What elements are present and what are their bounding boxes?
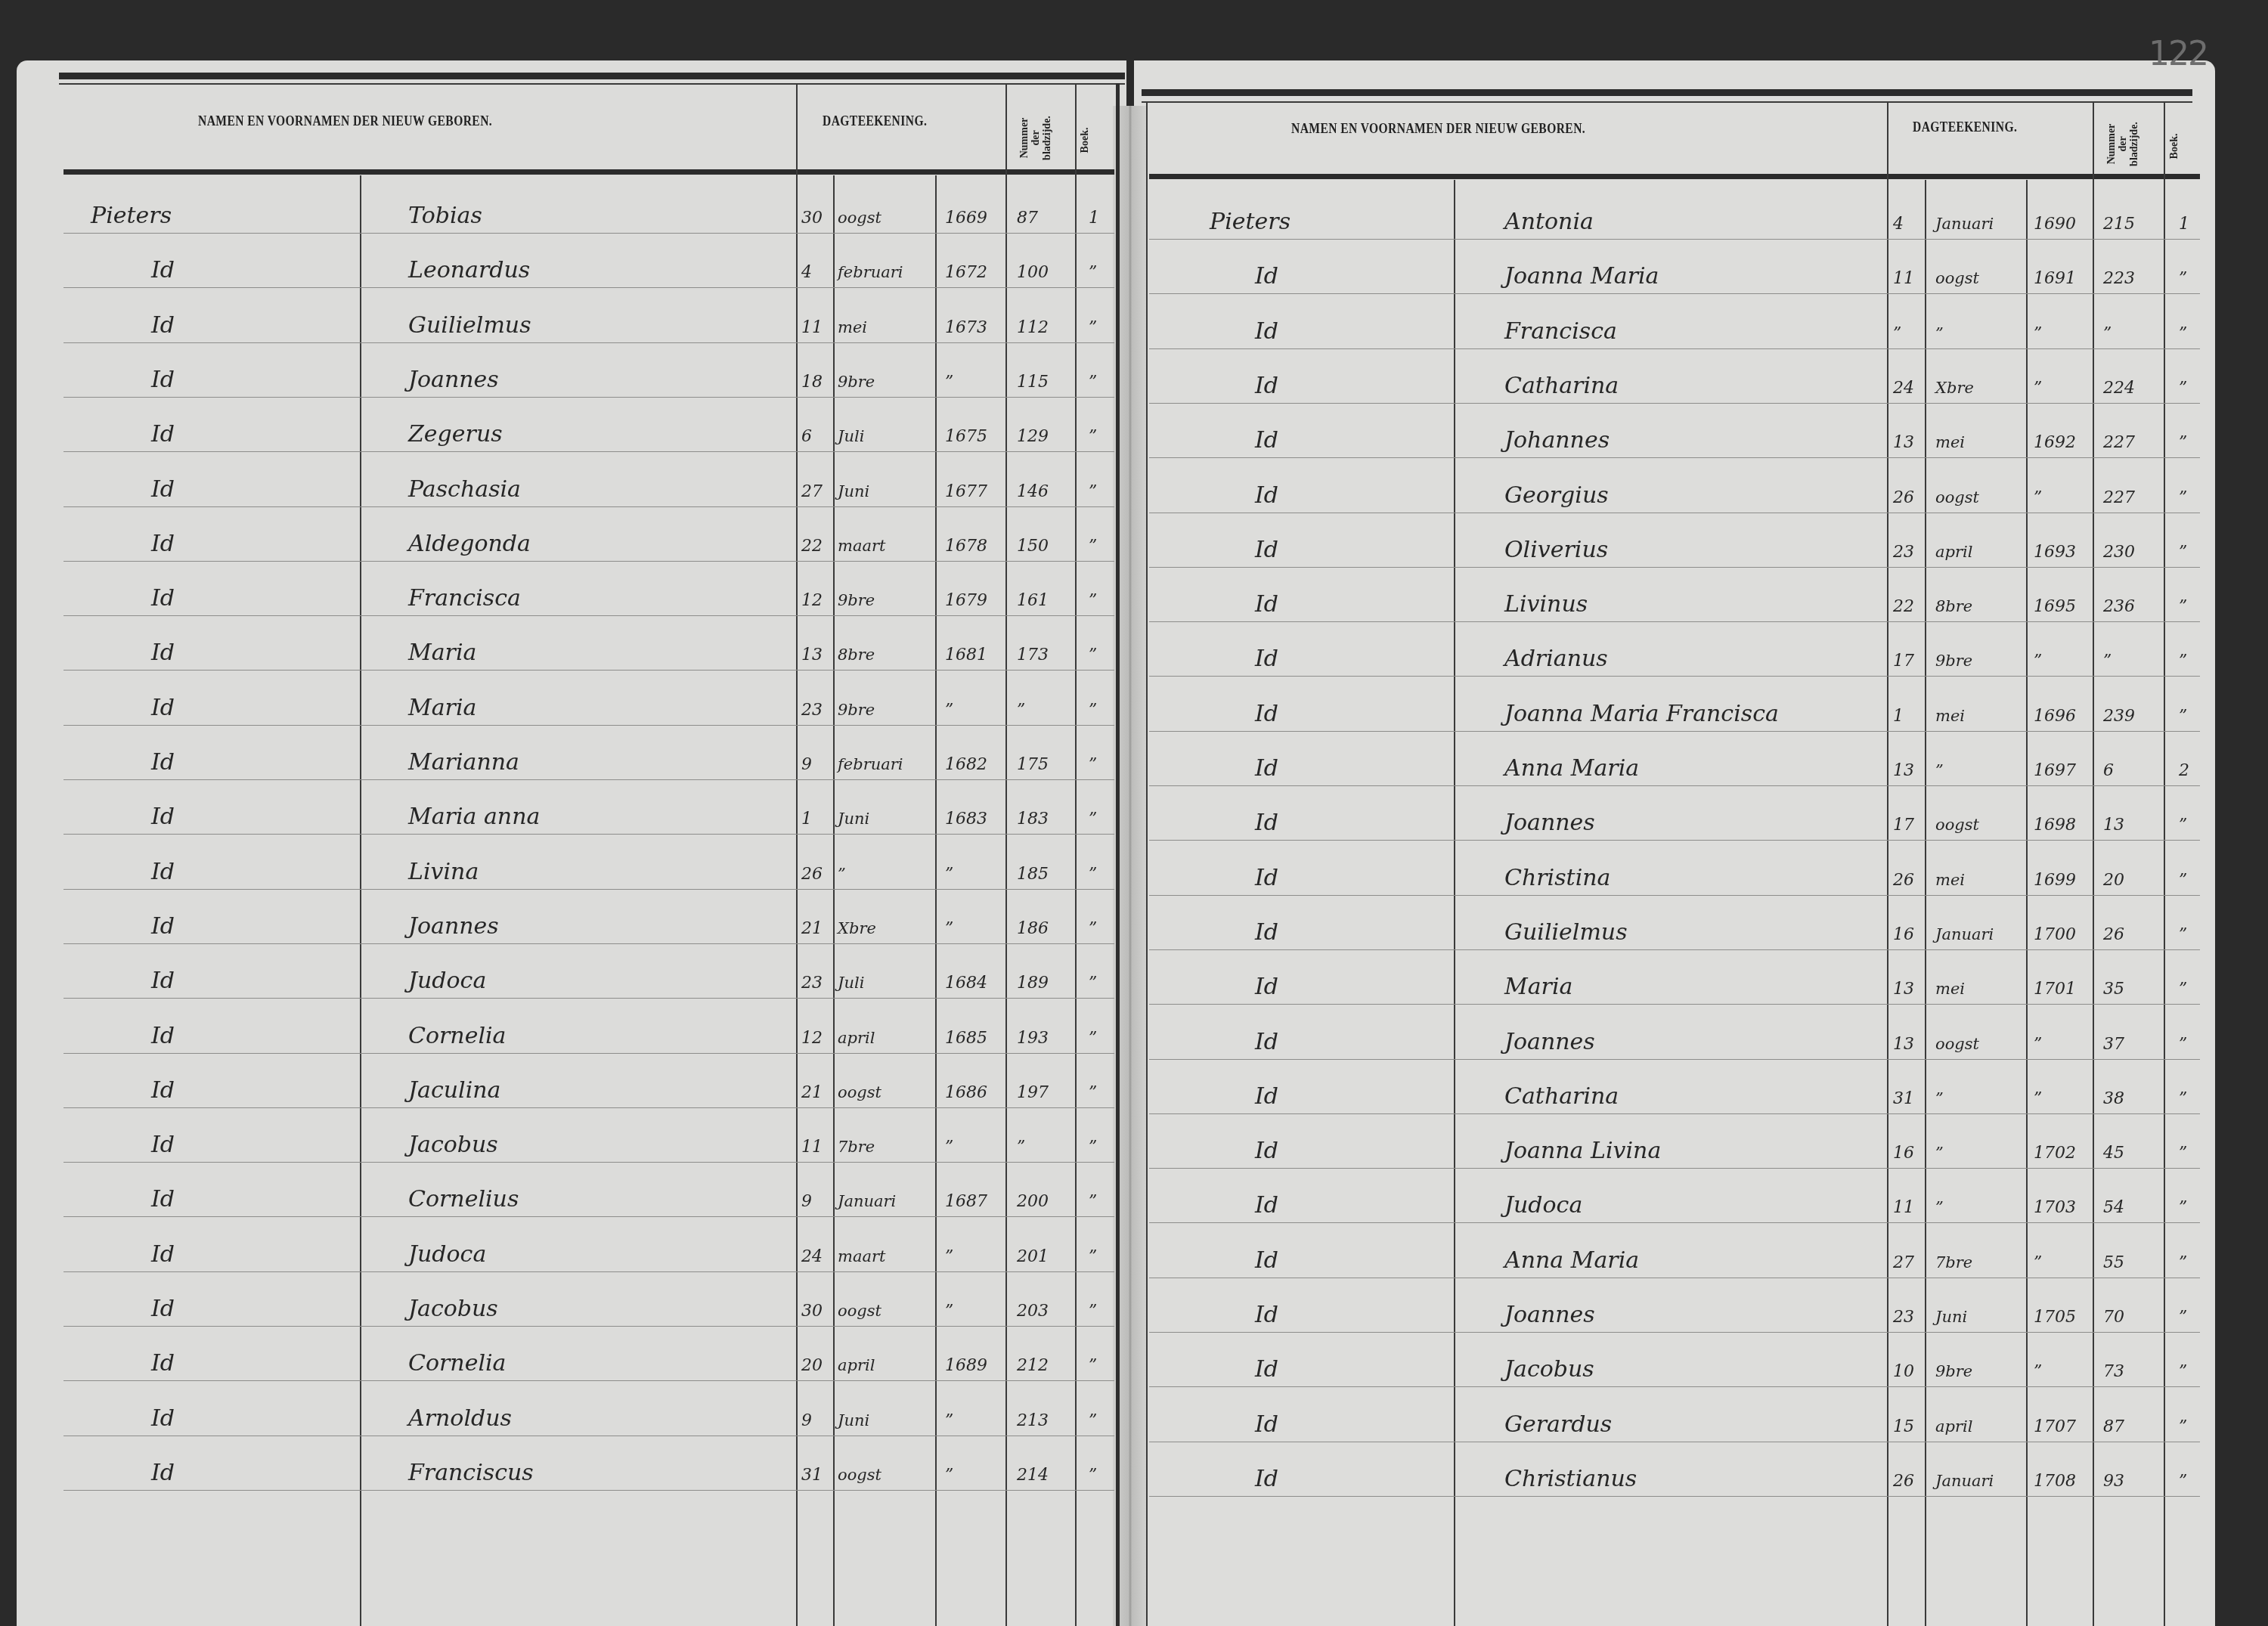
row-rule — [64, 506, 1114, 507]
page-number-cell: 35 — [2103, 980, 2124, 999]
right-col-divider-surname — [1454, 180, 1455, 1626]
right-col-divider-page — [2093, 103, 2094, 1626]
given-name-cell: Joannes — [1504, 1029, 1595, 1055]
given-name-cell: Joanna Maria Francisca — [1504, 701, 1779, 727]
given-name-cell: Jaculina — [408, 1077, 500, 1104]
month-cell: Juli — [838, 427, 864, 445]
book-cell: ” — [1089, 537, 1097, 556]
month-cell: mei — [1935, 980, 1965, 998]
day-cell: 1 — [1893, 707, 1904, 726]
year-cell: 1695 — [2034, 597, 2076, 616]
book-cell: ” — [2179, 1253, 2187, 1272]
day-cell: 22 — [801, 537, 823, 556]
book-cell: ” — [1089, 482, 1097, 501]
row-rule — [64, 561, 1114, 562]
page-number-cell: 150 — [1017, 537, 1049, 556]
surname-cell: Id — [151, 1023, 175, 1049]
book-cell: ” — [1089, 919, 1097, 938]
left-col-divider-date — [796, 83, 798, 1626]
row-rule — [64, 233, 1114, 234]
month-cell: maart — [838, 1247, 885, 1265]
page-number-cell: 236 — [2103, 597, 2135, 616]
year-cell: ” — [2034, 652, 2042, 671]
book-cell: 2 — [2179, 761, 2189, 780]
surname-cell: Id — [151, 257, 175, 283]
row-rule — [64, 1271, 1114, 1272]
book-cell: ” — [1089, 865, 1097, 884]
left-names-header: NAMEN EN VOORNAMEN DER NIEUW GEBOREN. — [198, 113, 492, 130]
month-cell: oogst — [1935, 1035, 1979, 1053]
page-number-cell: 193 — [1017, 1029, 1049, 1048]
row-rule — [1149, 949, 2200, 950]
day-cell: 1 — [801, 810, 812, 828]
given-name-cell: Francisca — [408, 585, 521, 612]
page-number-cell: 45 — [2103, 1144, 2124, 1163]
day-cell: 30 — [801, 209, 823, 228]
day-cell: 31 — [1893, 1089, 1914, 1108]
right-col-divider-year — [2026, 180, 2028, 1626]
page-number-cell: ” — [2103, 324, 2112, 343]
book-cell: ” — [1089, 1411, 1097, 1430]
surname-cell: Id — [151, 1350, 175, 1377]
day-cell: 13 — [1893, 761, 1914, 780]
surname-cell: Id — [151, 1186, 175, 1213]
day-cell: 26 — [1893, 871, 1914, 890]
row-rule — [64, 998, 1114, 999]
day-cell: 26 — [801, 865, 823, 884]
surname-cell: Id — [151, 585, 175, 612]
surname-cell: Id — [1255, 1411, 1278, 1438]
surname-cell: Id — [151, 1241, 175, 1268]
page-number-cell: 38 — [2103, 1089, 2124, 1108]
row-rule — [64, 1053, 1114, 1054]
book-cell: ” — [2179, 1472, 2187, 1491]
book-cell: ” — [2179, 980, 2187, 999]
row-rule — [1149, 676, 2200, 677]
month-cell: februari — [838, 263, 903, 281]
year-cell: 1698 — [2034, 816, 2076, 835]
given-name-cell: Catharina — [1504, 1083, 1619, 1110]
page-number-cell: ” — [1017, 1138, 1025, 1157]
surname-cell: Id — [1255, 1138, 1278, 1164]
left-date-header: DAGTEEKENING. — [823, 113, 927, 130]
given-name-cell: Cornelius — [408, 1186, 519, 1213]
day-cell: 9 — [801, 1411, 812, 1430]
book-cell: ” — [2179, 1362, 2187, 1381]
month-cell: mei — [838, 318, 867, 336]
year-cell: 1669 — [945, 209, 987, 228]
book-cell: ” — [2179, 1089, 2187, 1108]
book-cell: ” — [2179, 652, 2187, 671]
surname-cell: Id — [151, 531, 175, 557]
month-cell: februari — [838, 755, 903, 773]
given-name-cell: Jacobus — [408, 1132, 498, 1158]
row-rule — [64, 1162, 1114, 1163]
book-cell: ” — [2179, 871, 2187, 890]
year-cell: 1684 — [945, 974, 987, 993]
book-cell: ” — [2179, 816, 2187, 835]
month-cell: 9bre — [838, 591, 875, 609]
year-cell: 1679 — [945, 591, 987, 610]
month-cell: ” — [1935, 1198, 1944, 1216]
book-cell: ” — [1089, 318, 1097, 337]
surname-cell: Id — [1255, 1247, 1278, 1274]
left-col-divider-book — [1075, 83, 1077, 1626]
right-page — [1134, 60, 2215, 1626]
given-name-cell: Gerardus — [1504, 1411, 1612, 1438]
year-cell: 1686 — [945, 1083, 987, 1102]
right-header-bottom-rule — [1149, 174, 2200, 179]
surname-cell: Id — [1255, 810, 1278, 836]
row-rule — [64, 615, 1114, 616]
book-cell: ” — [2179, 269, 2187, 288]
month-cell: Juni — [838, 482, 869, 500]
day-cell: 12 — [801, 1029, 823, 1048]
page-number-cell: 214 — [1017, 1466, 1049, 1485]
given-name-cell: Joanna Maria — [1504, 263, 1659, 290]
surname-cell: Id — [151, 421, 175, 448]
given-name-cell: Christina — [1504, 865, 1610, 891]
row-rule — [1149, 731, 2200, 732]
day-cell: 27 — [801, 482, 823, 501]
day-cell: 18 — [801, 373, 823, 392]
month-cell: 9bre — [1935, 1362, 1972, 1380]
day-cell: 6 — [801, 427, 812, 446]
book-cell: ” — [2179, 1308, 2187, 1327]
day-cell: 30 — [801, 1302, 823, 1321]
page-number-cell: 54 — [2103, 1198, 2124, 1217]
page-number-cell: 37 — [2103, 1035, 2124, 1054]
page-number-cell: 26 — [2103, 925, 2124, 944]
book-cell: ” — [1089, 1466, 1097, 1485]
given-name-cell: Maria — [408, 695, 476, 721]
year-cell: 1675 — [945, 427, 987, 446]
year-cell: ” — [945, 1247, 953, 1266]
month-cell: ” — [1935, 1144, 1944, 1162]
right-book-header: Boek. — [2169, 124, 2180, 169]
book-cell: ” — [2179, 1417, 2187, 1436]
surname-cell: Id — [1255, 1192, 1278, 1219]
page-number-cell: 227 — [2103, 488, 2135, 507]
right-date-header: DAGTEEKENING. — [1913, 119, 2017, 136]
surname-cell: Id — [151, 1077, 175, 1104]
surname-cell: Id — [1255, 591, 1278, 618]
book-cell: ” — [1089, 427, 1097, 446]
row-rule — [1149, 1004, 2200, 1005]
day-cell: 26 — [1893, 488, 1914, 507]
month-cell: Juni — [838, 1411, 869, 1429]
page-number-cell: 200 — [1017, 1192, 1049, 1211]
given-name-cell: Joannes — [1504, 810, 1595, 836]
row-rule — [64, 1326, 1114, 1327]
page-number-cell: 223 — [2103, 269, 2135, 288]
book-cell: ” — [1089, 1029, 1097, 1048]
book-cell: ” — [1089, 1083, 1097, 1102]
month-cell: oogst — [1935, 816, 1979, 834]
right-top-rule-thin — [1142, 101, 2192, 103]
month-cell: 8bre — [838, 646, 875, 664]
month-cell: Juni — [838, 810, 869, 828]
day-cell: 31 — [801, 1466, 823, 1485]
given-name-cell: Franciscus — [408, 1460, 534, 1486]
year-cell: 1705 — [2034, 1308, 2076, 1327]
month-cell: Xbre — [1935, 379, 1974, 397]
given-name-cell: Judoca — [408, 1241, 486, 1268]
row-rule — [64, 1216, 1114, 1217]
month-cell: oogst — [838, 1083, 881, 1101]
month-cell: april — [838, 1356, 875, 1374]
book-cell: ” — [2179, 379, 2187, 398]
given-name-cell: Christianus — [1504, 1466, 1637, 1492]
month-cell: oogst — [838, 1466, 881, 1484]
day-cell: 23 — [1893, 1308, 1914, 1327]
row-rule — [1149, 567, 2200, 568]
month-cell: Januari — [1935, 1472, 1994, 1490]
month-cell: mei — [1935, 871, 1965, 889]
page-number-cell: 230 — [2103, 543, 2135, 562]
row-rule — [64, 287, 1114, 288]
left-header-bottom-rule — [64, 169, 1114, 175]
row-rule — [1149, 1332, 2200, 1333]
row-rule — [1149, 1222, 2200, 1223]
page-number-cell: 13 — [2103, 816, 2124, 835]
book-cell: ” — [1089, 974, 1097, 993]
surname-cell: Id — [151, 1405, 175, 1432]
book-cell: ” — [2179, 433, 2187, 452]
surname-cell: Id — [1255, 482, 1278, 509]
given-name-cell: Tobias — [408, 203, 482, 229]
row-rule — [64, 451, 1114, 452]
given-name-cell: Joannes — [1504, 1302, 1595, 1328]
book-cell: 1 — [1089, 209, 1099, 228]
year-cell: 1677 — [945, 482, 987, 501]
row-rule — [1149, 1386, 2200, 1387]
book-cell: ” — [1089, 701, 1097, 720]
surname-cell: Id — [1255, 427, 1278, 454]
year-cell: ” — [2034, 379, 2042, 398]
year-cell: 1697 — [2034, 761, 2076, 780]
page-number-cell: 100 — [1017, 263, 1049, 282]
surname-cell: Id — [1255, 919, 1278, 946]
book-cell: ” — [1089, 646, 1097, 664]
year-cell: ” — [945, 701, 953, 720]
month-cell: mei — [1935, 433, 1965, 451]
year-cell: 1701 — [2034, 980, 2076, 999]
surname-cell: Id — [1255, 646, 1278, 672]
book-cell: ” — [1089, 263, 1097, 282]
given-name-cell: Guilielmus — [408, 312, 531, 339]
surname-cell: Id — [151, 312, 175, 339]
year-cell: 1683 — [945, 810, 987, 828]
surname-cell: Id — [1255, 974, 1278, 1000]
book-cell: ” — [1089, 1247, 1097, 1266]
month-cell: 7bre — [838, 1138, 875, 1156]
row-rule — [64, 725, 1114, 726]
year-cell: ” — [2034, 488, 2042, 507]
surname-cell: Id — [1255, 537, 1278, 563]
left-col-divider-day — [833, 175, 835, 1626]
surname-cell: Id — [1255, 318, 1278, 345]
year-cell: ” — [945, 1302, 953, 1321]
year-cell: ” — [2034, 1089, 2042, 1108]
day-cell: 12 — [801, 591, 823, 610]
page-number-cell: 239 — [2103, 707, 2135, 726]
surname-cell: Id — [151, 476, 175, 503]
month-cell: maart — [838, 537, 885, 555]
page-number-cell: ” — [2103, 652, 2112, 671]
year-cell: 1687 — [945, 1192, 987, 1211]
page-number-cell: 203 — [1017, 1302, 1049, 1321]
day-cell: 21 — [801, 919, 823, 938]
right-col-divider-day — [1925, 180, 1926, 1626]
page-number-cell: 6 — [2103, 761, 2114, 780]
book-cell: ” — [2179, 543, 2187, 562]
month-cell: oogst — [838, 209, 881, 227]
surname-cell: Id — [1255, 373, 1278, 399]
surname-cell: Id — [1255, 755, 1278, 782]
page-number-cell: 20 — [2103, 871, 2124, 890]
given-name-cell: Joannes — [408, 367, 499, 393]
month-cell: ” — [1935, 324, 1944, 342]
book-cell: ” — [2179, 1035, 2187, 1054]
surname-cell: Id — [151, 367, 175, 393]
row-rule — [1149, 895, 2200, 896]
surname-cell: Id — [1255, 865, 1278, 891]
row-rule — [64, 1436, 1114, 1436]
row-rule — [1149, 785, 2200, 786]
surname-cell: Pieters — [91, 203, 172, 229]
page-number-cell: 146 — [1017, 482, 1049, 501]
surname-cell: Id — [151, 640, 175, 666]
given-name-cell: Joannes — [408, 913, 499, 940]
row-rule — [64, 1490, 1114, 1491]
page-number-cell: 186 — [1017, 919, 1049, 938]
given-name-cell: Anna Maria — [1504, 1247, 1639, 1274]
year-cell: 1699 — [2034, 871, 2076, 890]
row-rule — [1149, 1059, 2200, 1060]
day-cell: 21 — [801, 1083, 823, 1102]
day-cell: 22 — [1893, 597, 1914, 616]
given-name-cell: Anna Maria — [1504, 755, 1639, 782]
day-cell: 24 — [1893, 379, 1914, 398]
book-cell: ” — [2179, 597, 2187, 616]
row-rule — [1149, 1168, 2200, 1169]
row-rule — [1149, 293, 2200, 294]
month-cell: Juni — [1935, 1308, 1967, 1326]
page-number-cell: 93 — [2103, 1472, 2124, 1491]
book-cell: 1 — [2179, 215, 2189, 234]
row-rule — [1149, 457, 2200, 458]
month-cell: 8bre — [1935, 597, 1972, 615]
day-cell: 16 — [1893, 1144, 1914, 1163]
given-name-cell: Georgius — [1504, 482, 1609, 509]
surname-cell: Id — [1255, 1466, 1278, 1492]
month-cell: ” — [838, 865, 846, 883]
book-cell: ” — [2179, 488, 2187, 507]
month-cell: april — [1935, 543, 1972, 561]
year-cell: 1700 — [2034, 925, 2076, 944]
month-cell: april — [1935, 1417, 1972, 1436]
row-rule — [1149, 1496, 2200, 1497]
given-name-cell: Maria — [408, 640, 476, 666]
given-name-cell: Guilielmus — [1504, 919, 1628, 946]
surname-cell: Id — [1255, 1302, 1278, 1328]
surname-cell: Id — [151, 1132, 175, 1158]
surname-cell: Id — [1255, 1029, 1278, 1055]
year-cell: ” — [2034, 1362, 2042, 1381]
given-name-cell: Cornelia — [408, 1350, 507, 1377]
year-cell: 1691 — [2034, 269, 2076, 288]
row-rule — [1149, 840, 2200, 841]
month-cell: oogst — [838, 1302, 881, 1320]
year-cell: ” — [945, 1138, 953, 1157]
year-cell: 1693 — [2034, 543, 2076, 562]
year-cell: 1708 — [2034, 1472, 2076, 1491]
book-cell: ” — [2179, 1198, 2187, 1217]
row-rule — [1149, 1113, 2200, 1114]
book-cell: ” — [1089, 810, 1097, 828]
right-names-header: NAMEN EN VOORNAMEN DER NIEUW GEBOREN. — [1291, 121, 1585, 138]
given-name-cell: Judoca — [1504, 1192, 1582, 1219]
row-rule — [1149, 513, 2200, 513]
month-cell: 9bre — [838, 701, 875, 719]
year-cell: ” — [945, 919, 953, 938]
page-number-cell: 224 — [2103, 379, 2135, 398]
day-cell: 17 — [1893, 652, 1914, 671]
day-cell: 13 — [1893, 433, 1914, 452]
left-page — [17, 60, 1126, 1626]
day-cell: 11 — [1893, 269, 1914, 288]
day-cell: 11 — [801, 1138, 823, 1157]
day-cell: 11 — [1893, 1198, 1914, 1217]
surname-cell: Id — [151, 695, 175, 721]
book-cell: ” — [2179, 1144, 2187, 1163]
book-cell: ” — [2179, 925, 2187, 944]
book-cell: ” — [1089, 1356, 1097, 1375]
surname-cell: Id — [1255, 263, 1278, 290]
given-name-cell: Maria anna — [408, 804, 540, 830]
month-cell: mei — [1935, 707, 1965, 725]
right-col-divider-date — [1887, 103, 1888, 1626]
month-cell: april — [838, 1029, 875, 1047]
page-number-cell: 213 — [1017, 1411, 1049, 1430]
given-name-cell: Maria — [1504, 974, 1572, 1000]
given-name-cell: Arnoldus — [408, 1405, 512, 1432]
given-name-cell: Oliverius — [1504, 537, 1608, 563]
month-cell: 9bre — [1935, 652, 1972, 670]
book-cell: ” — [1089, 591, 1097, 610]
row-rule — [1149, 1278, 2200, 1278]
page-number-cell: 175 — [1017, 755, 1049, 774]
book-cell: ” — [2179, 707, 2187, 726]
given-name-cell: Catharina — [1504, 373, 1619, 399]
month-cell: 7bre — [1935, 1253, 1972, 1271]
page-number-cell: 87 — [2103, 1417, 2124, 1436]
given-name-cell: Judoca — [408, 968, 486, 994]
row-rule — [1149, 403, 2200, 404]
book-cell: ” — [1089, 1138, 1097, 1157]
left-col-divider-surname — [360, 175, 361, 1626]
given-name-cell: Jacobus — [1504, 1356, 1594, 1383]
year-cell: 1696 — [2034, 707, 2076, 726]
day-cell: 13 — [801, 646, 823, 664]
row-rule — [64, 834, 1114, 835]
day-cell: 23 — [1893, 543, 1914, 562]
right-top-rule — [1142, 89, 2192, 96]
given-name-cell: Zegerus — [408, 421, 503, 448]
year-cell: ” — [2034, 1035, 2042, 1054]
day-cell: 11 — [801, 318, 823, 337]
